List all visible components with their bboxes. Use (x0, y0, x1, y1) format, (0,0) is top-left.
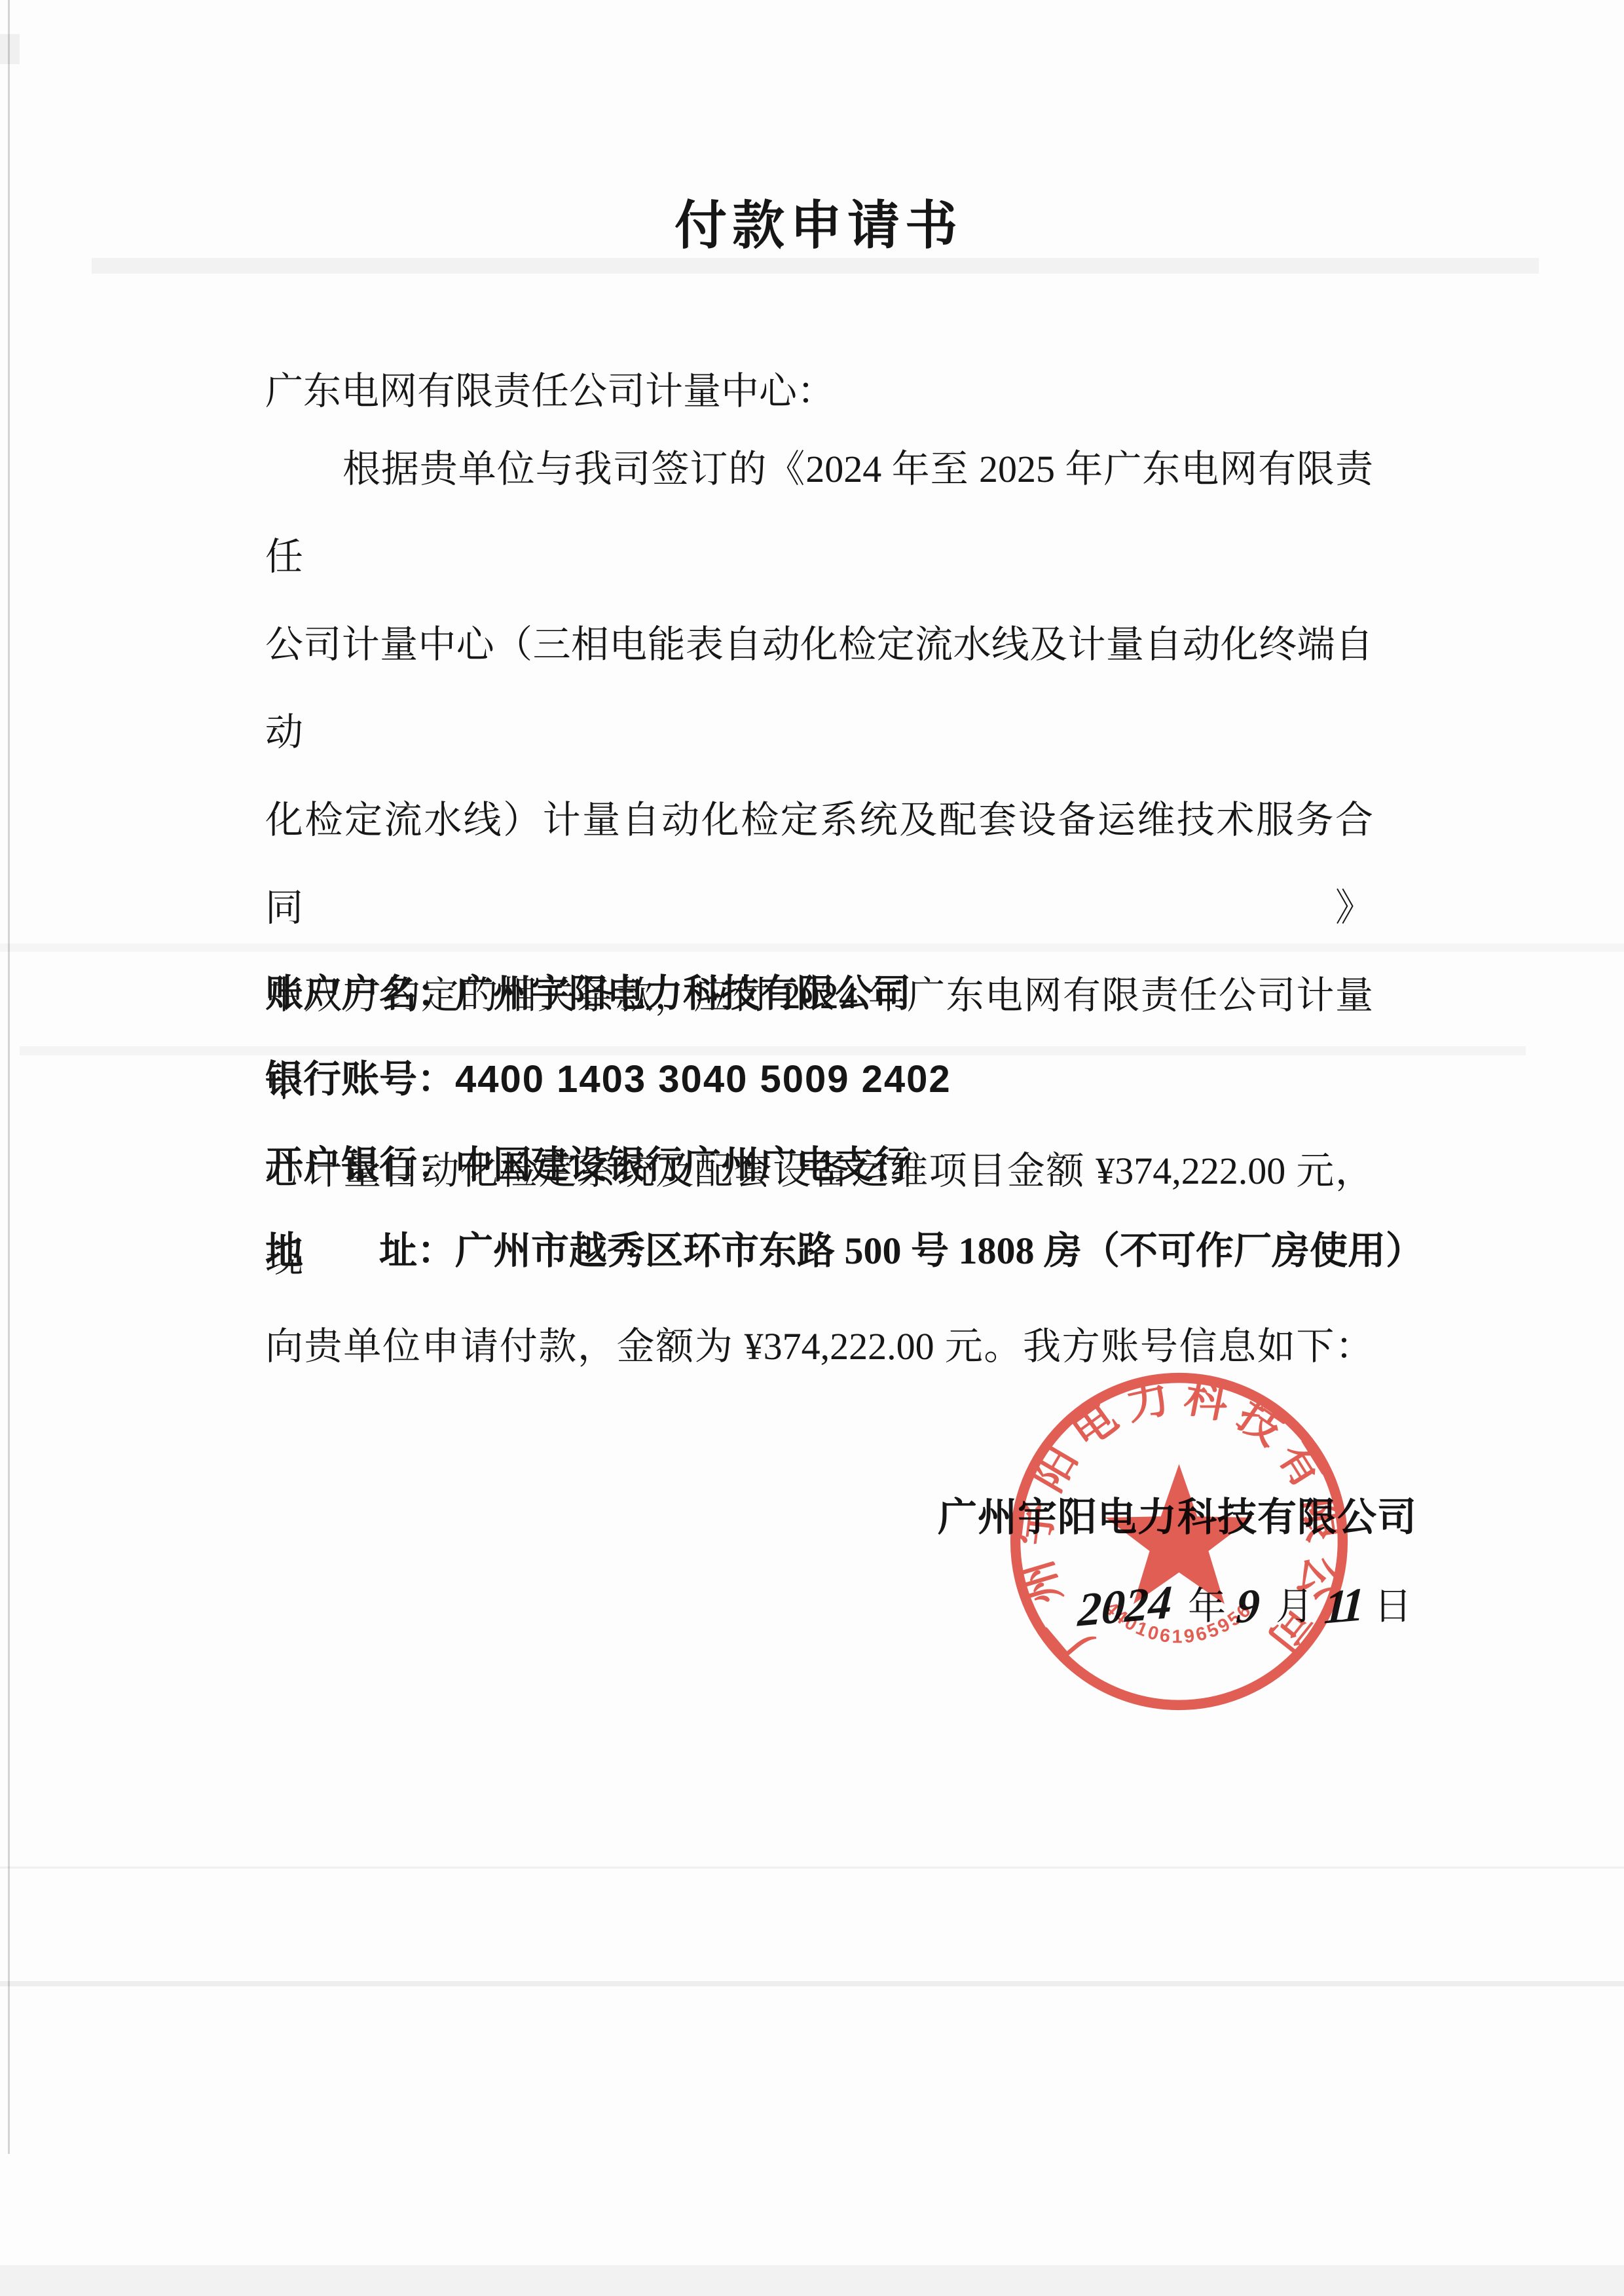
account-row-holder: 账户户名：广州宇阳电力科技有限公司 (265, 951, 1424, 1036)
body-line: 化检定流水线）计量自动化检定系统及配套设备运维技术服务合同》 (265, 776, 1373, 952)
body-line: 根据贵单位与我司签订的《2024 年至 2025 年广东电网有限责任 (265, 426, 1373, 601)
scan-artifact-band (0, 1867, 1624, 1868)
account-label: 银行账号： (265, 1058, 455, 1101)
scan-artifact-left-line (8, 0, 10, 2154)
scan-artifact-band (92, 258, 1539, 274)
seal-star (1105, 1464, 1253, 1604)
account-value: 中国建设银行广州广电支行 (455, 1144, 911, 1186)
salutation: 广东电网有限责任公司计量中心： (265, 360, 835, 415)
scan-artifact-corner (0, 34, 20, 64)
account-label: 开户银行： (265, 1144, 455, 1186)
document-title: 付款申请书 (265, 183, 1372, 259)
account-value: 4400 1403 3040 5009 2402 (455, 1058, 951, 1101)
account-row-address: 地 址：广州市越秀区环市东路 500 号 1808 房（不可作厂房使用） (265, 1208, 1424, 1294)
company-seal: 广州宇阳电力科技有限公司 4401061965956 (1001, 1363, 1357, 1720)
account-value: 广州市越秀区环市东路 500 号 1808 房（不可作厂房使用） (455, 1230, 1424, 1272)
account-label: 账户户名： (265, 972, 455, 1015)
scan-artifact-band (0, 2265, 1624, 2296)
date-day-label: 日 (1374, 1585, 1412, 1628)
account-row-bank: 开户银行：中国建设银行广州广电支行 (265, 1122, 1424, 1208)
body-line: 公司计量中心（三相电能表自动化检定流水线及计量自动化终端自动 (265, 601, 1373, 776)
svg-text:4401061965956: 4401061965956 (1100, 1597, 1257, 1647)
payment-request-document: 付款申请书 广东电网有限责任公司计量中心： 根据贵单位与我司签订的《2024 年… (0, 0, 1624, 2296)
account-info: 账户户名：广州宇阳电力科技有限公司 银行账号：4400 1403 3040 50… (265, 951, 1424, 1294)
account-row-number: 银行账号：4400 1403 3040 5009 2402 (265, 1036, 1424, 1122)
seal-serial-number: 4401061965956 (1100, 1597, 1257, 1647)
account-label: 地 址： (265, 1230, 455, 1272)
scan-artifact-band (0, 1981, 1624, 1986)
account-value: 广州宇阳电力科技有限公司 (455, 972, 911, 1015)
